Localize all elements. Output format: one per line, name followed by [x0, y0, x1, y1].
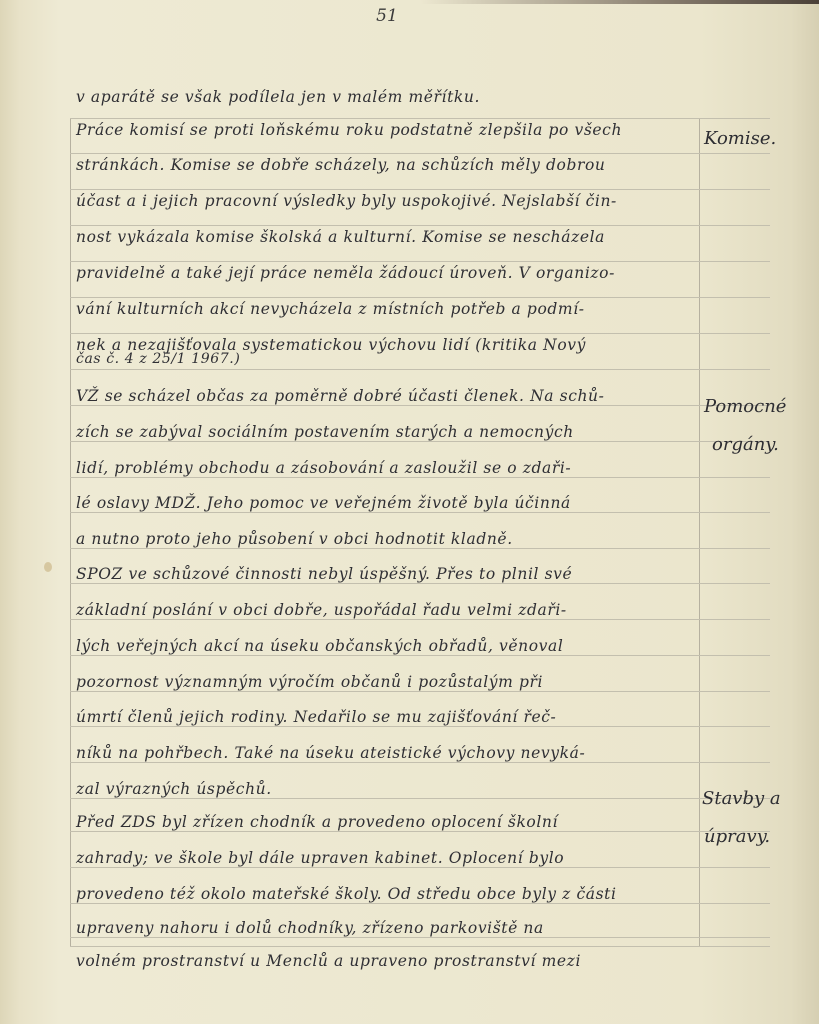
text-line: stránkách. Komise se dobře scházely, na …	[76, 156, 606, 174]
text-line: nost vykázala komise školská a kulturní.…	[76, 228, 605, 246]
margin-note-upravy: úpravy.	[704, 826, 770, 847]
text-line: lidí, problémy obchodu a zásobování a za…	[76, 459, 571, 477]
text-line: pravidelně a také její práce neměla žádo…	[76, 264, 615, 282]
page-number: 51	[372, 6, 402, 26]
text-line: a nutno proto jeho působení v obci hodno…	[76, 530, 513, 548]
ruled-line	[70, 189, 770, 190]
text-line: SPOZ ve schůzové činnosti nebyl úspěšný.…	[76, 565, 572, 583]
ruled-line	[70, 333, 770, 334]
ruled-line	[70, 369, 770, 370]
margin-note-komise: Komise.	[704, 128, 776, 149]
margin-note-organy: orgány.	[712, 434, 779, 455]
text-line: úmrtí členů jejich rodiny. Nedařilo se m…	[76, 708, 556, 726]
document-page: 51 v aparátě se však podílela jen v malé…	[0, 0, 819, 1024]
ruled-line	[70, 798, 770, 799]
text-line: níků na pohřbech. Také na úseku ateistic…	[76, 744, 585, 762]
ruled-line	[70, 937, 770, 938]
text-line: Před ZDS byl zřízen chodník a provedeno …	[76, 813, 558, 831]
ruled-line	[70, 831, 770, 832]
ruled-line	[70, 691, 770, 692]
ruled-line	[70, 153, 770, 154]
text-line: zal výrazných úspěchů.	[76, 780, 272, 798]
text-line: zích se zabýval sociálním postavením sta…	[76, 423, 574, 441]
ruled-line	[70, 297, 770, 298]
ruled-line	[70, 619, 770, 620]
ruled-line	[70, 903, 770, 904]
facing-page-shadow	[420, 0, 819, 4]
ruled-line	[70, 762, 770, 763]
margin-column	[698, 118, 808, 946]
ruled-line	[70, 441, 770, 442]
ruled-line	[70, 477, 770, 478]
ruled-line	[70, 583, 770, 584]
margin-note-pomocne: Pomocné	[704, 396, 786, 417]
text-line: lých veřejných akcí na úseku občanských …	[76, 637, 563, 655]
text-line: základní poslání v obci dobře, uspořádal…	[76, 601, 567, 619]
text-line: v aparátě se však podílela jen v malém m…	[76, 88, 480, 106]
ruled-line	[70, 655, 770, 656]
ruled-line	[70, 548, 770, 549]
paper-stain	[44, 562, 52, 572]
ruled-line	[70, 261, 770, 262]
text-line: Práce komisí se proti loňskému roku pods…	[76, 121, 622, 139]
ruled-line	[70, 726, 770, 727]
ruled-line	[70, 225, 770, 226]
text-line: vání kulturních akcí nevycházela z místn…	[76, 300, 585, 318]
text-line: VŽ se scházel občas za poměrně dobré úča…	[76, 387, 604, 405]
text-line: volném prostranství u Menclů a upraveno …	[76, 952, 581, 970]
text-line: zahrady; ve škole byl dále upraven kabin…	[76, 849, 564, 867]
text-line: čas č. 4 z 25/1 1967.)	[76, 351, 240, 367]
margin-note-stavby: Stavby a	[702, 788, 781, 809]
ruled-line	[70, 512, 770, 513]
text-line: pozornost významným výročím občanů i poz…	[76, 673, 543, 691]
text-line: účast a i jejich pracovní výsledky byly …	[76, 192, 617, 210]
text-line: upraveny nahoru i dolů chodníky, zřízeno…	[76, 919, 544, 937]
ruled-line	[70, 867, 770, 868]
ruled-line	[70, 405, 770, 406]
text-line: lé oslavy MDŽ. Jeho pomoc ve veřejném ži…	[76, 494, 571, 512]
text-line: provedeno též okolo mateřské školy. Od s…	[76, 885, 617, 903]
ruled-line	[70, 946, 770, 947]
ruled-line	[70, 118, 770, 119]
